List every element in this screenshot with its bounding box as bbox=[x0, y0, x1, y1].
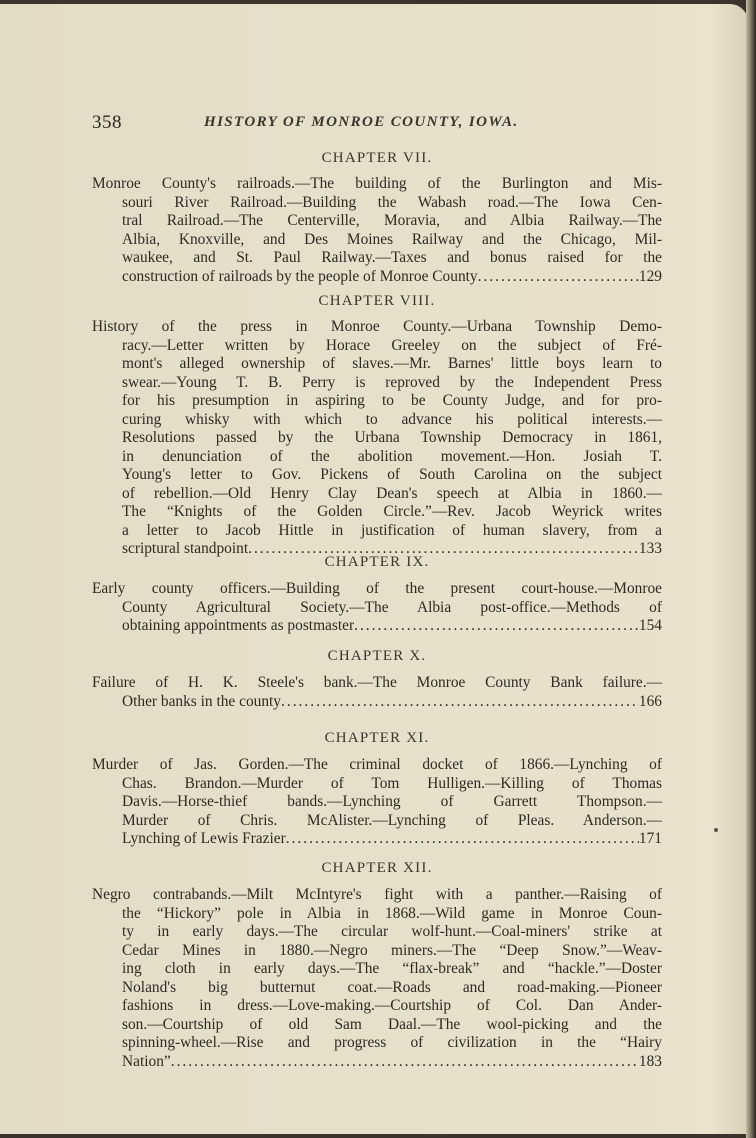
leader-dots: ........................................… bbox=[286, 830, 639, 849]
page-reference: 166 bbox=[639, 693, 662, 712]
summary-line: County Agricultural Society.—The Albia p… bbox=[92, 599, 662, 618]
summary-line: Failure of H. K. Steele's bank.—The Monr… bbox=[92, 674, 662, 693]
summary-line: for his presumption in aspiring to be Co… bbox=[92, 392, 662, 411]
summary-line: ing cloth in early days.—The “flax-break… bbox=[92, 960, 662, 979]
summary-line: Murder of Jas. Gorden.—The criminal dock… bbox=[92, 756, 662, 775]
chapter-heading: CHAPTER X. bbox=[92, 648, 662, 665]
page-number: 358 bbox=[92, 112, 122, 134]
chapter-summary: Negro contrabands.—Milt McIntyre's fight… bbox=[92, 886, 662, 1071]
summary-line: Other banks in the county bbox=[122, 693, 281, 712]
summary-line: Lynching of Lewis Frazier bbox=[122, 830, 286, 849]
summary-line: waukee, and St. Paul Railway.—Taxes and … bbox=[92, 249, 662, 268]
leader-dots: ........................................… bbox=[281, 693, 639, 712]
chapter-heading: CHAPTER VIII. bbox=[92, 293, 662, 310]
summary-line: a letter to Jacob Hittle in justificatio… bbox=[92, 522, 662, 541]
leader-dots: ........................................… bbox=[171, 1053, 639, 1072]
summary-line: souri River Railroad.—Building the Wabas… bbox=[92, 194, 662, 213]
paper-speck bbox=[714, 828, 718, 832]
chapter-summary: Monroe County's railroads.—The building … bbox=[92, 175, 662, 286]
summary-line: Cedar Mines in 1880.—Negro miners.—The “… bbox=[92, 942, 662, 961]
chapter-heading: CHAPTER VII. bbox=[92, 150, 662, 167]
summary-line: Chas. Brandon.—Murder of Tom Hulligen.—K… bbox=[92, 775, 662, 794]
page-edge-shadow bbox=[746, 0, 756, 1138]
summary-line: The “Knights of the Golden Circle.”—Rev.… bbox=[92, 503, 662, 522]
summary-line: Negro contrabands.—Milt McIntyre's fight… bbox=[92, 886, 662, 905]
summary-line: Resolutions passed by the Urbana Townshi… bbox=[92, 429, 662, 448]
summary-line: of rebellion.—Old Henry Clay Dean's spee… bbox=[92, 485, 662, 504]
summary-line: fashions in dress.—Love-making.—Courtshi… bbox=[92, 997, 662, 1016]
chapter-heading: CHAPTER XI. bbox=[92, 730, 662, 747]
summary-line: Monroe County's railroads.—The building … bbox=[92, 175, 662, 194]
summary-line: ty in early days.—The circular wolf-hunt… bbox=[92, 923, 662, 942]
page-reference: 129 bbox=[639, 268, 662, 287]
summary-last-line: Lynching of Lewis Frazier ..............… bbox=[92, 830, 662, 849]
summary-line: in denunciation of the abolition movemen… bbox=[92, 448, 662, 467]
summary-line: History of the press in Monroe County.—U… bbox=[92, 318, 662, 337]
summary-line: swear.—Young T. B. Perry is reproved by … bbox=[92, 374, 662, 393]
summary-line: the “Hickory” pole in Albia in 1868.—Wil… bbox=[92, 905, 662, 924]
leader-dots: ........................................… bbox=[478, 268, 639, 287]
summary-line: Davis.—Horse-thief bands.—Lynching of Ga… bbox=[92, 793, 662, 812]
summary-line: Albia, Knoxville, and Des Moines Railway… bbox=[92, 231, 662, 250]
summary-last-line: Nation” ................................… bbox=[92, 1053, 662, 1072]
chapter-summary: History of the press in Monroe County.—U… bbox=[92, 318, 662, 559]
summary-line: Early county officers.—Building of the p… bbox=[92, 580, 662, 599]
summary-line: tral Railroad.—The Centerville, Moravia,… bbox=[92, 212, 662, 231]
summary-last-line: construction of railroads by the people … bbox=[92, 268, 662, 287]
summary-line: construction of railroads by the people … bbox=[122, 268, 478, 287]
leader-dots: ........................................… bbox=[354, 617, 639, 636]
summary-line: curing whisky with which to advance his … bbox=[92, 411, 662, 430]
page-reference: 183 bbox=[639, 1053, 662, 1072]
chapter-heading: CHAPTER IX. bbox=[92, 554, 662, 571]
summary-line: racy.—Letter written by Horace Greeley o… bbox=[92, 337, 662, 356]
summary-line: spinning-wheel.—Rise and progress of civ… bbox=[92, 1034, 662, 1053]
chapter-summary: Early county officers.—Building of the p… bbox=[92, 580, 662, 636]
chapter-summary: Murder of Jas. Gorden.—The criminal dock… bbox=[92, 756, 662, 849]
summary-last-line: obtaining appointments as postmaster ...… bbox=[92, 617, 662, 636]
running-head: 358 HISTORY OF MONROE COUNTY, IOWA. bbox=[92, 112, 662, 136]
summary-line: Nation” bbox=[122, 1053, 171, 1072]
summary-line: Murder of Chris. McAlister.—Lynching of … bbox=[92, 812, 662, 831]
summary-last-line: Other banks in the county ..............… bbox=[92, 693, 662, 712]
chapter-summary: Failure of H. K. Steele's bank.—The Monr… bbox=[92, 674, 662, 711]
running-title: HISTORY OF MONROE COUNTY, IOWA. bbox=[204, 114, 519, 131]
chapter-heading: CHAPTER XII. bbox=[92, 860, 662, 877]
summary-line: son.—Courtship of old Sam Daal.—The wool… bbox=[92, 1016, 662, 1035]
page-reference: 171 bbox=[639, 830, 662, 849]
page-reference: 154 bbox=[639, 617, 662, 636]
summary-line: Noland's big butternut coat.—Roads and r… bbox=[92, 979, 662, 998]
summary-line: obtaining appointments as postmaster bbox=[122, 617, 354, 636]
summary-line: Young's letter to Gov. Pickens of South … bbox=[92, 466, 662, 485]
summary-line: mont's alleged ownership of slaves.—Mr. … bbox=[92, 355, 662, 374]
